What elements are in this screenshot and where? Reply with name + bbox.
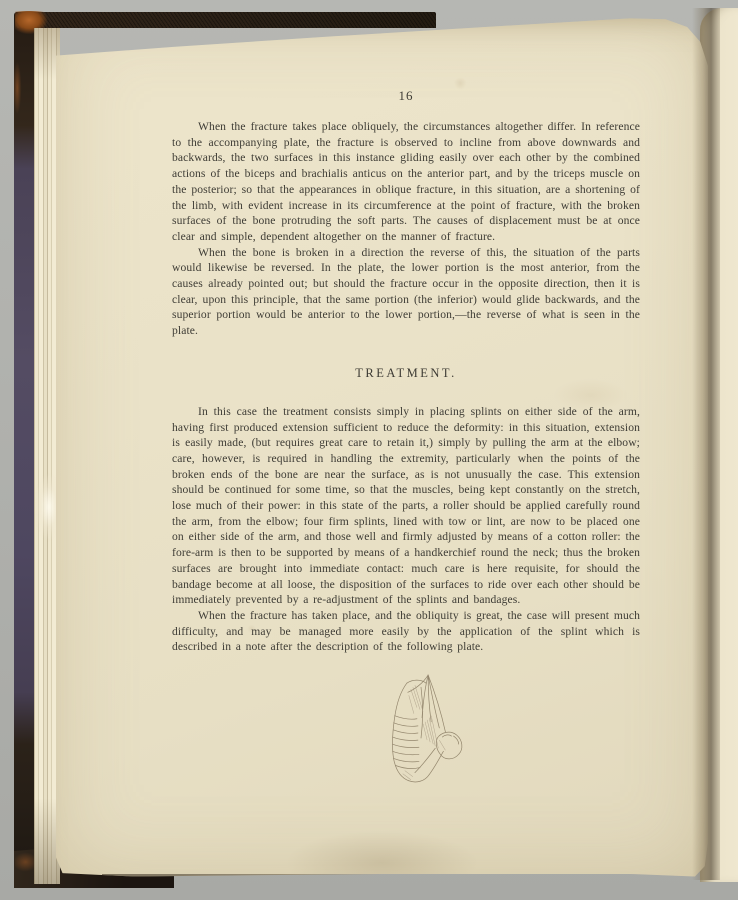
paragraph: When the fracture takes place obliquely,… [172,119,640,245]
page-content: 16 When the fracture takes place oblique… [172,88,640,800]
treatment-section: In this case the treatment consists simp… [172,404,640,655]
paragraph: When the fracture has taken place, and t… [172,608,640,655]
intro-section: When the fracture takes place obliquely,… [172,119,640,339]
paragraph: In this case the treatment consists simp… [172,404,640,608]
book-page: 16 When the fracture takes place oblique… [56,14,708,880]
paragraph: When the bone is broken in a direction t… [172,245,640,339]
worn-leather-spine-patch [14,60,22,130]
arm-sling-figure [186,673,654,800]
splinted-arm-engraving [364,673,476,795]
book-cover-top-edge [16,12,436,28]
page-number: 16 [172,88,640,104]
section-heading-treatment: TREATMENT. [172,366,640,381]
book-photo-scene: 16 When the fracture takes place oblique… [0,0,738,900]
